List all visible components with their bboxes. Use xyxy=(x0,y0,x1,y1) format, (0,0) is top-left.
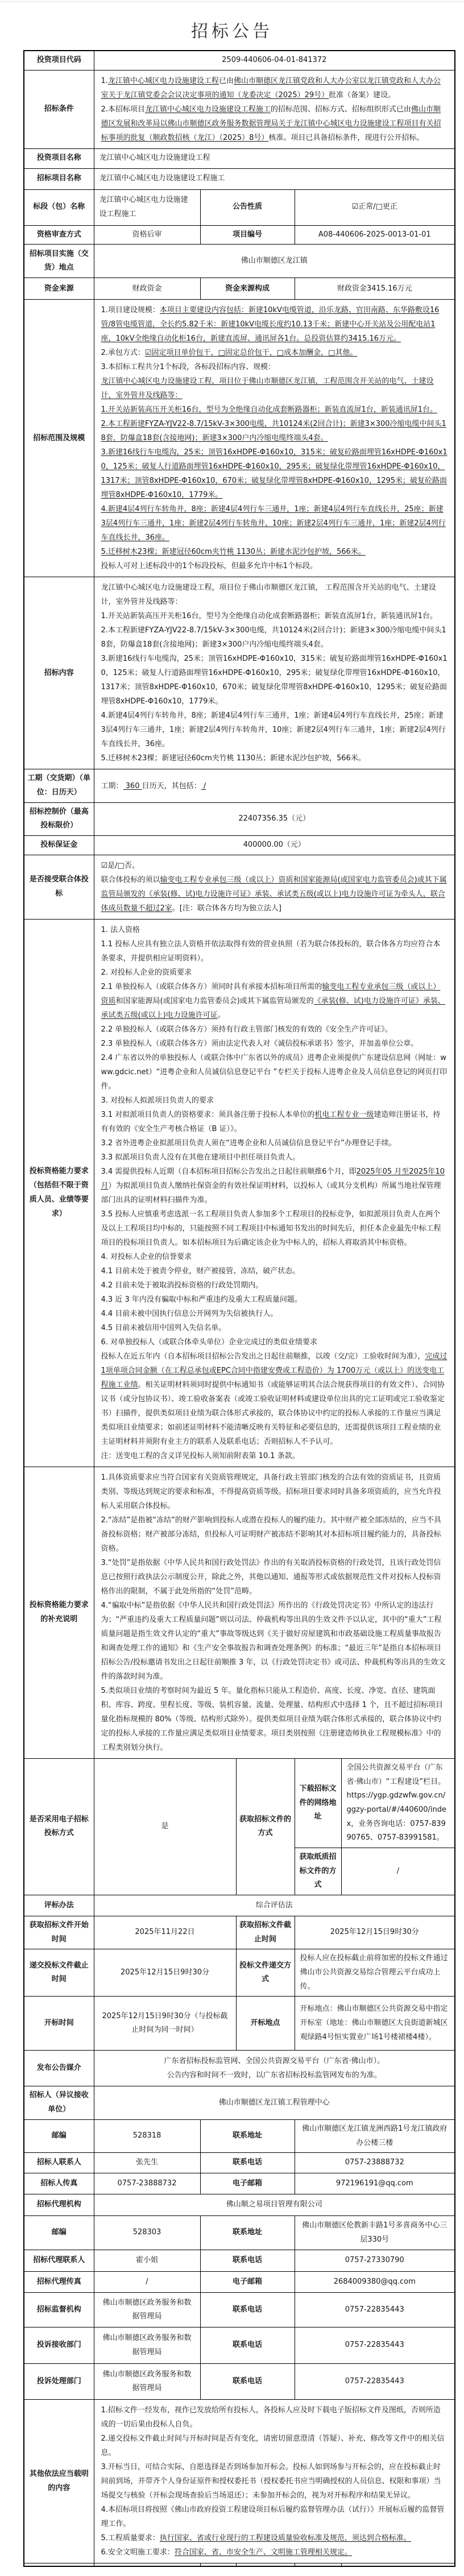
tender-content-text: 龙江镇中心城区电力设施建设工程，项目位于佛山市顺德区龙江镇， 工程范围含开关站的… xyxy=(94,577,455,769)
empty-cell xyxy=(295,2563,341,2566)
tenderer-value: 佛山市顺德区龙江镇工程管理中心 xyxy=(94,2086,455,2119)
notice-nature-label: 公告性质 xyxy=(200,189,295,225)
tenderer-zip-value: 528318 xyxy=(94,2119,200,2152)
row-tender-conditions: 招标条件 1.龙江镇中心城区电力设施建设工程已由佛山市顺德区龙江镇党政和人大办公… xyxy=(24,70,455,148)
agency-fax-label: 招标代理传真 xyxy=(24,2272,94,2293)
doc-start-time-value: 2025年11月22日 xyxy=(94,1916,236,1949)
submission-deadline-label: 递交投标文件截止时间 xyxy=(24,1949,94,1997)
row-complaint-receive: 投诉接收部门 佛山市顺德区政务服务和数据管理局 联系电话 0757-228354… xyxy=(24,2327,455,2364)
bidder-qualification-label: 投标资格能力要求（包括但不限于资质人员、业绩等要求） xyxy=(24,919,94,1467)
row-other-content: 其他依法应当载明的内容 1.招标文件一经发布，视作已发放给所有投标人，各投标人应… xyxy=(24,2400,455,2563)
row-control-price: 招标控制价（最高投标限价） 22407356.35（元） xyxy=(24,802,455,835)
row-e-bidding: 是否采用电子招标投标方式 是 获取招标文件的方式 下载招标文件的网络地址 全国公… xyxy=(24,1758,455,1848)
tender-info-table: 投资项目代码 2509-440606-04-01-841372 招标条件 1.龙… xyxy=(23,50,455,2567)
section-name-label: 标段（包）名称 xyxy=(24,189,94,225)
tenderer-email-value: 972196191@qq.com xyxy=(295,2173,455,2194)
row-consortium: 是否接受联合体投标 ☑是/□否。联合体投标的须以输变电工程专业承包三级（或以上）… xyxy=(24,855,455,919)
tenderer-fax-value: 0757-23888732 xyxy=(94,2173,200,2194)
agency-email-label: 电子邮箱 xyxy=(200,2272,295,2293)
row-tenderer: 招标人（异议接收单位） 佛山市顺德区龙江镇工程管理中心 xyxy=(24,2086,455,2119)
section-name-value: 龙江镇中心城区电力设施建设工程施工 xyxy=(94,189,200,225)
submission-deadline-value: 2025年12月15日9时30分 xyxy=(94,1949,236,1997)
supervisor-label: 招标监督机构 xyxy=(24,2293,94,2327)
doc-start-time-label: 获取招标文件开始时间 xyxy=(24,1916,94,1949)
complaint-receive-value: 佛山市顺德区政务服务和数据管理局 xyxy=(94,2327,200,2364)
tenderer-phone-label: 联系电话 xyxy=(200,2153,295,2173)
tenderer-email-label: 电子邮箱 xyxy=(200,2173,295,2194)
agency-address-value: 佛山市顺德区伦教新丰路1号多喜商务中心三层330号 xyxy=(295,2216,455,2250)
submission-method-value: 投标人应在投标截止前将加密的投标文件通过佛山市公共资源交易综合管理云平台成功上传… xyxy=(295,1949,455,1997)
row-empty-footer xyxy=(24,2563,455,2566)
row-tenderer-contact: 招标人联系人 张先生 联系电话 0757-23888732 xyxy=(24,2153,455,2173)
row-bid-bond: 投标保证金 400000.00（元） xyxy=(24,836,455,855)
complaint-handle-value: 佛山市顺德区政务服务和数据管理局 xyxy=(94,2364,200,2400)
row-funding-source: 资金来源 财政资金 资金来源构成 财政资金3415.16万元 xyxy=(24,278,455,300)
empty-cell xyxy=(24,2563,94,2566)
funding-composition-label: 资金来源构成 xyxy=(200,278,295,300)
tenderer-contact-label: 招标人联系人 xyxy=(24,2153,94,2173)
row-investment-name: 投资项目名称 龙江镇中心城区电力设施建设工程 xyxy=(24,148,455,168)
supervisor-value: 佛山市顺德区政务服务和数据管理局 xyxy=(94,2293,200,2327)
complaint-receive-label: 投诉接收部门 xyxy=(24,2327,94,2364)
row-agency-zip: 邮编 528303 联系地址 佛山市顺德区伦教新丰路1号多喜商务中心三层330号 xyxy=(24,2216,455,2250)
tender-announcement-page: 招标公告 投资项目代码 2509-440606-04-01-841372 招标条… xyxy=(0,0,464,2576)
obtain-docs-method-label: 获取招标文件的方式 xyxy=(236,1758,295,1895)
evaluation-method-value: 综合评估法 xyxy=(94,1895,455,1916)
funding-source-value: 财政资金 xyxy=(94,278,200,300)
agency-zip-value: 528303 xyxy=(94,2216,200,2250)
tender-scope-label: 招标范围及规模 xyxy=(24,300,94,577)
notice-nature-value: ☑正常/□更正 xyxy=(295,189,455,225)
row-bidder-qualification: 投标资格能力要求（包括但不限于资质人员、业绩等要求） 1. 法人资格1.1 投标… xyxy=(24,919,455,1467)
row-delivery-location: 招标项目实施（交货）地点 佛山市顺德区龙江镇 xyxy=(24,245,455,278)
tenderer-fax-label: 招标人传真 xyxy=(24,2173,94,2194)
delivery-location-value: 佛山市顺德区龙江镇 xyxy=(94,245,455,278)
tenderer-phone-value: 0757-23888732 xyxy=(295,2153,455,2173)
bid-opening-place-value: 开标地点：佛山市顺德区公共资源交易中指定开标室（地址：佛山市顺德区大良街道新城区… xyxy=(295,1997,455,2051)
qualification-review-value: 资格后审 xyxy=(94,225,200,245)
row-agency-contact: 招标代理联系人 霍小姐 联系电话 0757-27330790 xyxy=(24,2250,455,2272)
row-project-code: 投资项目代码 2509-440606-04-01-841372 xyxy=(24,51,455,70)
funding-source-label: 资金来源 xyxy=(24,278,94,300)
bid-opening-place-label: 开标地点 xyxy=(236,1997,295,2051)
e-bidding-label: 是否采用电子招标投标方式 xyxy=(24,1758,94,1895)
empty-cell xyxy=(94,2563,200,2566)
bid-bond-label: 投标保证金 xyxy=(24,836,94,855)
row-bid-opening: 开标时间 2025年12月15日9时30分（与投标截止时间为同一时间） 开标地点… xyxy=(24,1997,455,2051)
duration-value: 工期： 360 日历天，其包括： / xyxy=(94,769,455,802)
tender-project-name-label: 招标项目名称 xyxy=(24,168,94,189)
evaluation-method-label: 评标办法 xyxy=(24,1895,94,1916)
row-tender-project-name: 招标项目名称 龙江镇中心城区电力设施建设工程施工 xyxy=(24,168,455,189)
tender-conditions-label: 招标条件 xyxy=(24,70,94,148)
tenderer-address-label: 联系地址 xyxy=(200,2119,295,2152)
row-agency-fax: 招标代理传真 / 电子邮箱 2684009380@qq.com xyxy=(24,2272,455,2293)
project-number-label: 项目编号 xyxy=(200,225,295,245)
row-complaint-handle: 投诉处理部门 佛山市顺德区政务服务和数据管理局 联系电话 0757-228354… xyxy=(24,2364,455,2400)
row-agency: 招标代理机构 佛山顺之易项目管理有限公司 xyxy=(24,2194,455,2216)
other-content-text: 1.招标文件一经发布，视作已发放给所有投标人，各投标人应及时下载电子版招标文件及… xyxy=(94,2400,455,2563)
empty-cell xyxy=(200,2563,236,2566)
row-qualification-review: 资格审查方式 资格后审 项目编号 A08-440606-2025-0013-01… xyxy=(24,225,455,245)
empty-cell xyxy=(341,2563,455,2566)
complaint-receive-phone-value: 0757-22835443 xyxy=(295,2327,455,2364)
tender-project-name-value: 龙江镇中心城区电力设施建设工程施工 xyxy=(94,168,455,189)
empty-cell xyxy=(236,2563,295,2566)
delivery-location-label: 招标项目实施（交货）地点 xyxy=(24,245,94,278)
bid-bond-value: 400000.00（元） xyxy=(94,836,455,855)
funding-composition-value: 财政资金3415.16万元 xyxy=(295,278,455,300)
project-number-value: A08-440606-2025-0013-01-01 xyxy=(295,225,455,245)
consortium-label: 是否接受联合体投标 xyxy=(24,855,94,919)
tenderer-label: 招标人（异议接收单位） xyxy=(24,2086,94,2119)
supervisor-phone-value: 0757-22835443 xyxy=(295,2293,455,2327)
agency-zip-label: 邮编 xyxy=(24,2216,94,2250)
row-announcement-media: 发布公告媒介 广东省招标投标监管网、全国公共资源交易平台（广东省·佛山市）。公告… xyxy=(24,2051,455,2086)
submission-method-label: 投标文件递交方式 xyxy=(236,1949,295,1997)
agency-label: 招标代理机构 xyxy=(24,2194,94,2216)
agency-contact-value: 霍小姐 xyxy=(94,2250,200,2272)
page-title: 招标公告 xyxy=(0,17,464,42)
duration-label: 工期（交货期）（单位：日历天） xyxy=(24,769,94,802)
page-top-strip xyxy=(0,0,464,2)
paper-docs-method-value: / xyxy=(341,1848,455,1895)
investment-name-value: 龙江镇中心城区电力设施建设工程 xyxy=(94,148,455,168)
control-price-value: 22407356.35（元） xyxy=(94,802,455,835)
tender-content-label: 招标内容 xyxy=(24,577,94,769)
row-section-name: 标段（包）名称 龙江镇中心城区电力设施建设工程施工 公告性质 ☑正常/□更正 xyxy=(24,189,455,225)
project-code-value: 2509-440606-04-01-841372 xyxy=(94,51,455,70)
qualification-review-label: 资格审查方式 xyxy=(24,225,94,245)
paper-docs-method-label: 获取纸质招标文件的方式 xyxy=(295,1848,341,1895)
download-docs-url-value: 全国公共资源交易平台（广东省·佛山市）“工程建设”栏目。https://ygp.… xyxy=(341,1758,455,1848)
download-docs-url-label: 下载招标文件的网络地址 xyxy=(295,1758,341,1848)
complaint-receive-phone-label: 联系电话 xyxy=(200,2327,295,2364)
complaint-handle-phone-value: 0757-22835443 xyxy=(295,2364,455,2400)
doc-end-time-label: 获取招标文件截止时间 xyxy=(236,1916,295,1949)
bid-opening-time-label: 开标时间 xyxy=(24,1997,94,2051)
project-code-label: 投资项目代码 xyxy=(24,51,94,70)
row-qualification-notes: 投标资格能力要求的补充说明 1.具体资质要求应当符合国家有关资质管理规定，具备行… xyxy=(24,1467,455,1758)
qualification-notes-label: 投标资格能力要求的补充说明 xyxy=(24,1467,94,1758)
row-tenderer-fax: 招标人传真 0757-23888732 电子邮箱 972196191@qq.co… xyxy=(24,2173,455,2194)
tender-scope-text: 1.项目建设规模：本项目主要建设内容包括：新建10kV电缆管道，沿乐龙路、官田南… xyxy=(94,300,455,577)
tender-conditions-text: 1.龙江镇中心城区电力设施建设工程已由佛山市顺德区龙江镇党政和人大办公室以龙江镇… xyxy=(94,70,455,148)
row-evaluation-method: 评标办法 综合评估法 xyxy=(24,1895,455,1916)
row-tenderer-zip: 邮编 528318 联系地址 佛山市顺德区龙江镇龙洲西路1号龙江镇政府办公楼三楼 xyxy=(24,2119,455,2152)
bid-opening-time-value: 2025年12月15日9时30分（与投标截止时间为同一时间） xyxy=(94,1997,236,2051)
row-submission-deadline: 递交投标文件截止时间 2025年12月15日9时30分 投标文件递交方式 投标人… xyxy=(24,1949,455,1997)
agency-value: 佛山顺之易项目管理有限公司 xyxy=(94,2194,455,2216)
row-tender-content: 招标内容 龙江镇中心城区电力设施建设工程，项目位于佛山市顺德区龙江镇， 工程范围… xyxy=(24,577,455,769)
tenderer-zip-label: 邮编 xyxy=(24,2119,94,2152)
row-tender-scope: 招标范围及规模 1.项目建设规模：本项目主要建设内容包括：新建10kV电缆管道，… xyxy=(24,300,455,577)
announcement-media-label: 发布公告媒介 xyxy=(24,2051,94,2086)
investment-name-label: 投资项目名称 xyxy=(24,148,94,168)
qualification-notes-text: 1.具体资质要求应当符合国家有关资质管理规定，具备行政主管部门核发的合法有效的资… xyxy=(94,1467,455,1758)
control-price-label: 招标控制价（最高投标限价） xyxy=(24,802,94,835)
complaint-handle-phone-label: 联系电话 xyxy=(200,2364,295,2400)
agency-phone-value: 0757-27330790 xyxy=(295,2250,455,2272)
tenderer-contact-value: 张先生 xyxy=(94,2153,200,2173)
row-duration: 工期（交货期）（单位：日历天） 工期： 360 日历天，其包括： / xyxy=(24,769,455,802)
announcement-media-value: 广东省招标投标监管网、全国公共资源交易平台（广东省·佛山市）。公告内容和时间不一… xyxy=(94,2051,455,2086)
consortium-text: ☑是/□否。联合体投标的须以输变电工程专业承包三级（或以上）资质和国家能源局(或… xyxy=(94,855,455,919)
e-bidding-value: 是 xyxy=(94,1758,236,1895)
agency-address-label: 联系地址 xyxy=(200,2216,295,2250)
agency-phone-label: 联系电话 xyxy=(200,2250,295,2272)
row-supervisor: 招标监督机构 佛山市顺德区政务服务和数据管理局 联系电话 0757-228354… xyxy=(24,2293,455,2327)
other-content-label: 其他依法应当载明的内容 xyxy=(24,2400,94,2563)
agency-fax-value: / xyxy=(94,2272,200,2293)
agency-email-value: 2684009380@qq.com xyxy=(295,2272,455,2293)
row-doc-obtain-time: 获取招标文件开始时间 2025年11月22日 获取招标文件截止时间 2025年1… xyxy=(24,1916,455,1949)
tenderer-address-value: 佛山市顺德区龙江镇龙洲西路1号龙江镇政府办公楼三楼 xyxy=(295,2119,455,2152)
complaint-handle-label: 投诉处理部门 xyxy=(24,2364,94,2400)
doc-end-time-value: 2025年12月15日9时30分 xyxy=(295,1916,455,1949)
supervisor-phone-label: 联系电话 xyxy=(200,2293,295,2327)
bidder-qualification-text: 1. 法人资格1.1 投标人应具有独立法人资格并依法取得有效的营业执照（若为联合… xyxy=(94,919,455,1467)
agency-contact-label: 招标代理联系人 xyxy=(24,2250,94,2272)
